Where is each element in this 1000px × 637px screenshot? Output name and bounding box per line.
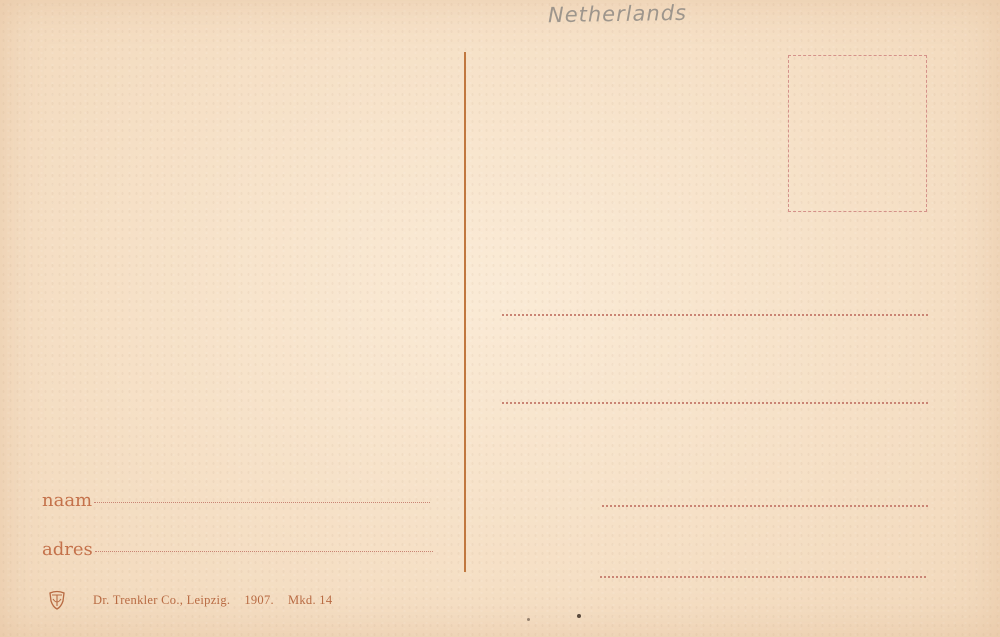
address-dotted-line	[95, 551, 433, 552]
paper-speck	[577, 614, 581, 618]
publication-year: 1907.	[244, 593, 274, 608]
sender-name-row: naam	[42, 490, 430, 511]
address-line-1	[502, 314, 928, 316]
paper-speck	[527, 618, 530, 621]
address-label: adres	[42, 539, 93, 560]
publisher-imprint: Dr. Trenkler Co., Leipzig. 1907. Mkd. 14	[47, 590, 346, 610]
name-label: naam	[42, 490, 92, 511]
address-line-4	[600, 576, 926, 578]
address-line-3	[602, 505, 928, 507]
trenkler-emblem-icon	[47, 590, 67, 610]
handwritten-note: Netherlands	[548, 1, 687, 27]
series-number: Mkd. 14	[288, 593, 332, 608]
publisher-name: Dr. Trenkler Co., Leipzig.	[93, 593, 230, 608]
sender-address-row: adres	[42, 539, 433, 560]
center-divider-line	[464, 52, 466, 572]
name-dotted-line	[94, 502, 430, 503]
address-line-2	[502, 402, 928, 404]
stamp-box	[788, 55, 927, 212]
postcard-back: Netherlands naam adres Dr. Trenkler Co.,…	[0, 0, 1000, 637]
